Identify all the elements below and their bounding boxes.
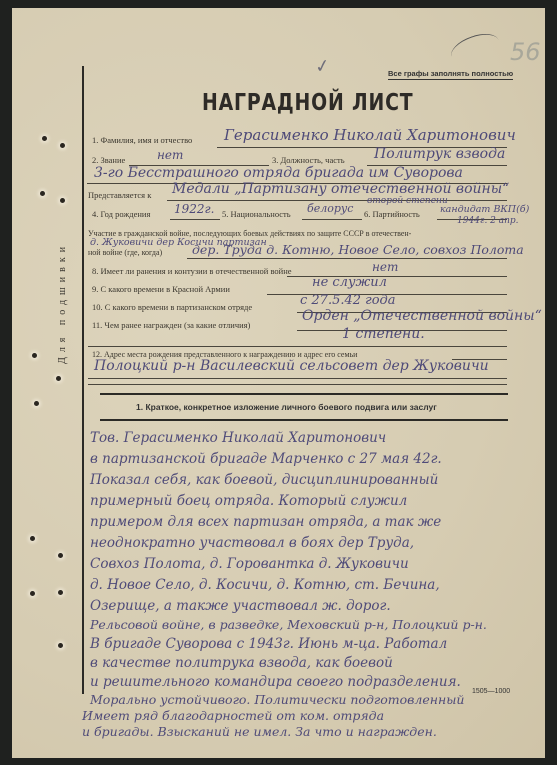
narrative-line: Морально устойчивого. Политически подгот… bbox=[90, 692, 464, 707]
narrative-line: В бригаде Суворова с 1943г. Июнь м-ца. Р… bbox=[90, 636, 447, 652]
field-value-name: Герасименко Николай Харитонович bbox=[224, 126, 516, 144]
margin-line bbox=[82, 66, 84, 694]
field-label-presented: Представляется к bbox=[88, 190, 151, 200]
field-value-presented: Медали „Партизану отечественной войны“ bbox=[172, 181, 509, 197]
binding-hole bbox=[32, 353, 37, 358]
check-mark-icon: ✓ bbox=[313, 55, 332, 78]
underline bbox=[170, 219, 220, 220]
underline bbox=[88, 378, 507, 379]
field-value-birth-year: 1922г. bbox=[174, 202, 214, 216]
binding-hole bbox=[60, 198, 65, 203]
binding-hole bbox=[58, 643, 63, 648]
binding-hole bbox=[58, 553, 63, 558]
signature-scribble bbox=[447, 28, 503, 69]
section-rule bbox=[100, 393, 508, 395]
narrative-line: Показал себя, как боевой, дисциплинирова… bbox=[90, 472, 438, 488]
field-value-participation: дер. Труда д. Котню, Новое Село, совхоз … bbox=[192, 242, 524, 257]
binding-hole bbox=[60, 143, 65, 148]
narrative-line: Совхоз Полота, д. Горовантка д. Жуковичи bbox=[90, 556, 409, 572]
narrative-line: д. Новое Село, д. Косичи, д. Котню, ст. … bbox=[90, 577, 440, 593]
field-label-position: 3. Должность, часть bbox=[272, 155, 345, 165]
narrative-line: неоднократно участвовал в боях дер Труда… bbox=[90, 535, 414, 551]
binding-hole bbox=[30, 536, 35, 541]
field-value-address: Полоцкий р-н Василевский сельсовет дер Ж… bbox=[94, 358, 489, 374]
field-value-prior-awards: Орден „Отечественной войны“ bbox=[302, 308, 542, 324]
field-label-red-army: 9. С какого времени в Красной Армии bbox=[92, 284, 230, 294]
field-label-partisan-since: 10. С какого времени в партизанском отря… bbox=[92, 302, 252, 312]
binding-hole bbox=[34, 401, 39, 406]
field-label-participation-cont: ной войне (где, когда) bbox=[88, 248, 162, 257]
field-label-rank: 2. Звание bbox=[92, 155, 125, 165]
field-value-party-date: 1944г. 2 апр. bbox=[457, 216, 519, 226]
field-value-party: кандидат ВКП(б) bbox=[440, 204, 529, 215]
field-value-position: Политрук взвода bbox=[374, 146, 505, 162]
narrative-line: примером для всех партизан отряда, а так… bbox=[90, 514, 441, 530]
binding-hole bbox=[56, 376, 61, 381]
field-value-position-cont: 3-го Бесстрашного отряда бригада им Суво… bbox=[94, 165, 463, 181]
narrative-line: и бригады. Взысканий не имел. За что и н… bbox=[82, 724, 437, 739]
binding-hole bbox=[30, 591, 35, 596]
field-label-prior-awards: 11. Чем ранее награжден (за какие отличи… bbox=[92, 320, 250, 330]
field-label-party: 6. Партийность bbox=[364, 209, 420, 219]
section-rule bbox=[100, 419, 508, 421]
underline bbox=[187, 258, 507, 259]
underline bbox=[302, 219, 362, 220]
print-mark: 1505—1000 bbox=[472, 688, 510, 695]
fill-note: Все графы заполнять полностью bbox=[388, 69, 513, 80]
narrative-line: Рельсовой войне, в разведке, Меховский р… bbox=[90, 617, 487, 632]
award-sheet-paper: Для подшивки 56 ✓ Все графы заполнять по… bbox=[12, 8, 545, 758]
field-value-wounds: нет bbox=[372, 260, 398, 274]
field-value-red-army: не служил bbox=[312, 275, 387, 290]
narrative-line: в качестве политрука взвода, как боевой bbox=[90, 655, 393, 671]
underline bbox=[167, 200, 507, 201]
underline bbox=[88, 384, 507, 385]
field-value-rank: нет bbox=[157, 148, 183, 162]
narrative-line: в партизанской бригаде Марченко с 27 мая… bbox=[90, 451, 442, 467]
field-value-presented-degree: второй степени bbox=[367, 196, 448, 206]
underline bbox=[88, 346, 507, 347]
field-label-nationality: 5. Национальность bbox=[222, 209, 291, 219]
field-label-wounds: 8. Имеет ли ранения и контузии в отечест… bbox=[92, 266, 292, 276]
page-number: 56 bbox=[510, 38, 541, 66]
section-title: 1. Краткое, конкретное изложение личного… bbox=[136, 402, 437, 412]
binding-hole bbox=[42, 136, 47, 141]
field-value-prior-awards-cont: 1 степени. bbox=[342, 326, 425, 342]
binding-hole bbox=[40, 191, 45, 196]
binding-label: Для подшивки bbox=[57, 242, 68, 364]
narrative-line: Имеет ряд благодарностей от ком. отряда bbox=[82, 708, 384, 723]
document-title: НАГРАДНОЙ ЛИСТ bbox=[202, 90, 413, 116]
field-value-partisan-since: с 27.5.42 года bbox=[300, 293, 396, 308]
narrative-line: примерный боец отряда. Который служил bbox=[90, 493, 407, 509]
field-label-name: 1. Фамилия, имя и отчество bbox=[92, 135, 192, 145]
narrative-line: Тов. Герасименко Николай Харитонович bbox=[90, 430, 386, 446]
narrative-line: и решительного командира своего подразде… bbox=[90, 674, 461, 690]
narrative-line: Озерище, а также участвовал ж. дорог. bbox=[90, 598, 391, 614]
field-value-nationality: белорус bbox=[307, 202, 353, 215]
binding-hole bbox=[58, 590, 63, 595]
field-label-birth-year: 4. Год рождения bbox=[92, 209, 150, 219]
